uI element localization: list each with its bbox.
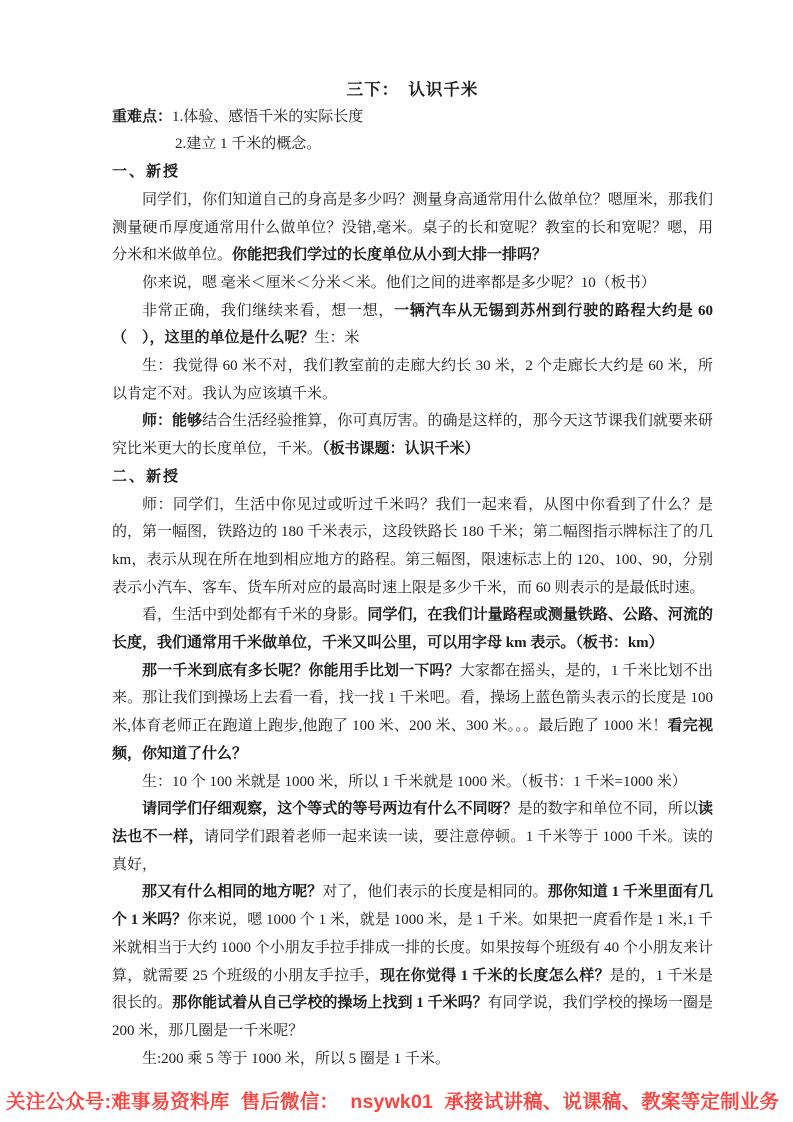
text-run: 现在你觉得 1 千米的长度怎么样？ <box>380 968 610 984</box>
paragraph: 那一千米到底有多长呢？你能用手比划一下吗？大家都在摇头，是的，1 千米比划不出来… <box>112 658 713 769</box>
text-run: 师：能够 <box>142 413 202 429</box>
text-run: 对了，他们表示的长度是相同的。 <box>322 884 547 900</box>
paragraph: 请同学们仔细观察，这个等式的等号两边有什么不同呀？是的数字和单位不同，所以读法也… <box>112 796 713 879</box>
text-run: 那一千米到底有多长呢？你能用手比划一下吗？ <box>142 663 460 679</box>
paragraph: 非常正确，我们继续来看，想一想，一辆汽车从无锡到苏州到行驶的路程大约是 60（ … <box>112 298 713 353</box>
text-run: 一、新授 <box>112 164 180 180</box>
text-run: 生：我觉得 60 米不对，我们教室前的走廊大约长 30 米，2 个走廊长大约是 … <box>112 358 713 402</box>
paragraph: 生：10 个 100 米就是 1000 米，所以 1 千米就是 1000 米。（… <box>112 769 713 797</box>
page-title: 三下： 认识千米 <box>112 76 713 104</box>
key-points-line-1: 重难点：1.体验、感悟千米的实际长度 <box>112 104 713 132</box>
text-run: 1.体验、感悟千米的实际长度 <box>172 109 363 125</box>
text-run: 生：米 <box>315 330 360 346</box>
text-run: 非常正确，我们继续来看，想一想， <box>142 303 394 319</box>
document-body: 三下： 认识千米重难点：1.体验、感悟千米的实际长度2.建立 1 千米的概念。一… <box>112 76 713 1073</box>
text-run: 请同学们仔细观察，这个等式的等号两边有什么不同呀？ <box>142 801 518 817</box>
paragraph: 看，生活中到处都有千米的身影。同学们，在我们计量路程或测量铁路、公路、河流的长度… <box>112 602 713 657</box>
paragraph: 那又有什么相同的地方呢？对了，他们表示的长度是相同的。那你知道 1 千米里面有几… <box>112 879 713 1045</box>
text-run: 你能把我们学过的长度单位从小到大排一排吗？ <box>232 247 547 263</box>
text-run: 那又有什么相同的地方呢？ <box>142 884 322 900</box>
paragraph: 你来说，嗯 毫米＜厘米＜分米＜米。他们之间的进率都是多少呢？10（板书） <box>112 270 713 298</box>
paragraph: 师：能够结合生活经验推算，你可真厉害。的确是这样的，那今天这节课我们就要来研究比… <box>112 408 713 463</box>
text-run: 师：同学们，生活中你见过或听过千米吗？我们一起来看，从图中你看到了什么？是的，第… <box>112 497 713 596</box>
paragraph: 生：我觉得 60 米不对，我们教室前的走廊大约长 30 米，2 个走廊长大约是 … <box>112 353 713 408</box>
section-heading-2: 二、新授 <box>112 464 713 492</box>
section-heading-1: 一、新授 <box>112 159 713 187</box>
text-run: 看，生活中到处都有千米的身影。 <box>142 607 367 623</box>
text-run: （板书课题：认识千米） <box>322 441 480 457</box>
paragraph: 生:200 乘 5 等于 1000 米，所以 5 圈是 1 千米。 <box>112 1046 713 1074</box>
text-run: 那你能试着从自己学校的操场上找到 1 千米吗？ <box>172 995 488 1011</box>
text-run: 二、新授 <box>112 469 180 485</box>
text-run: 2.建立 1 千米的概念。 <box>175 136 321 152</box>
text-run: 你来说，嗯 毫米＜厘米＜分米＜米。他们之间的进率都是多少呢？10（板书） <box>142 275 656 291</box>
text-run: 生:200 乘 5 等于 1000 米，所以 5 圈是 1 千米。 <box>142 1051 450 1067</box>
text-run: 是的数字和单位不同，所以 <box>518 801 698 817</box>
paragraph: 师：同学们，生活中你见过或听过千米吗？我们一起来看，从图中你看到了什么？是的，第… <box>112 492 713 603</box>
document-page: 三下： 认识千米重难点：1.体验、感悟千米的实际长度2.建立 1 千米的概念。一… <box>0 0 793 1122</box>
footer-banner: 关注公众号:难事易资料库 售后微信： nsywk01 承接试讲稿、说课稿、教案等… <box>6 1086 787 1114</box>
text-run: 三下： 认识千米 <box>347 80 479 99</box>
text-run: 重难点： <box>112 109 172 125</box>
text-run: 生：10 个 100 米就是 1000 米，所以 1 千米就是 1000 米。（… <box>142 774 687 790</box>
paragraph: 同学们，你们知道自己的身高是多少吗？测量身高通常用什么做单位？嗯厘米，那我们测量… <box>112 187 713 270</box>
key-points-line-2: 2.建立 1 千米的概念。 <box>112 131 713 159</box>
